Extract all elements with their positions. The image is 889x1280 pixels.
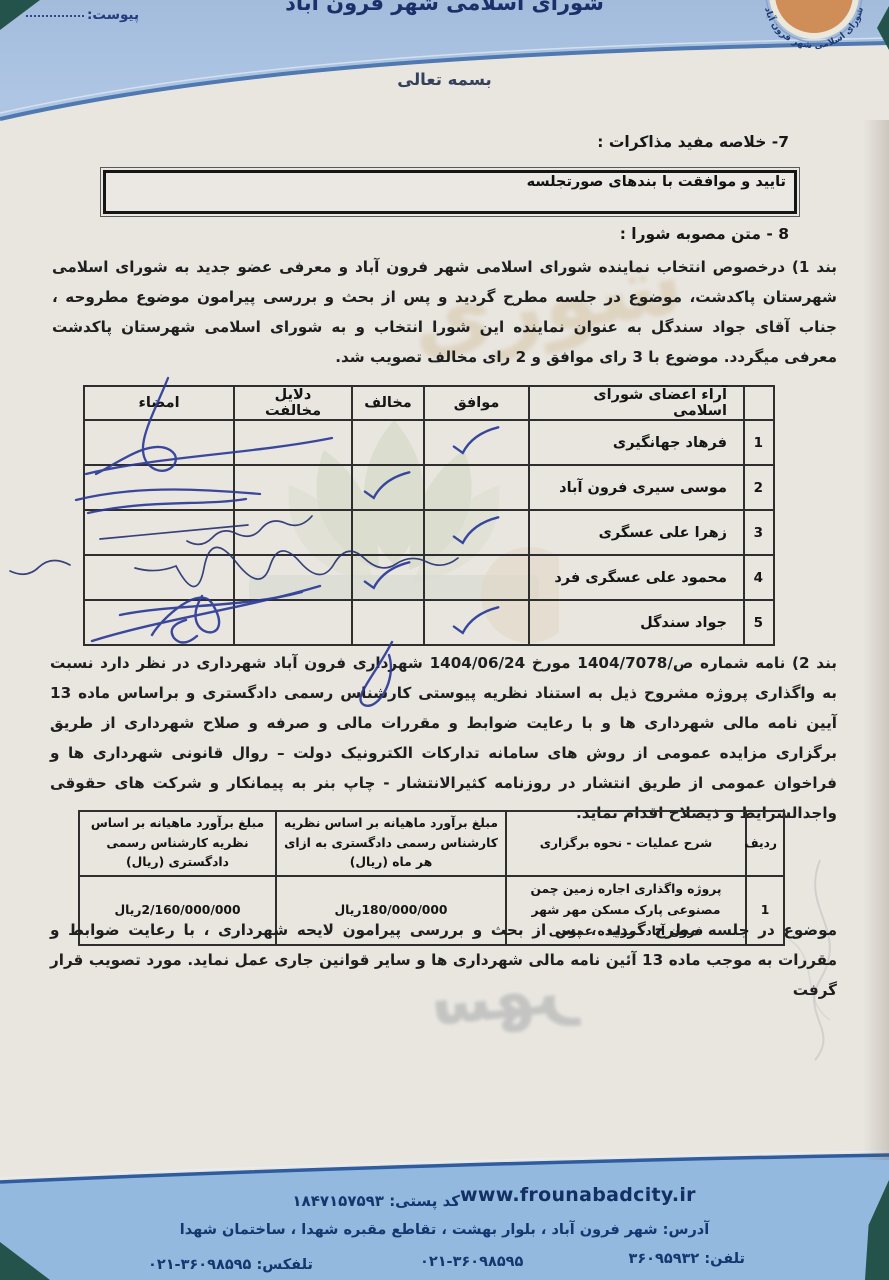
footer-fax: تلفکس: ۰۲۱-۳۶۰۹۸۵۹۵ bbox=[148, 1257, 313, 1273]
signature-cell bbox=[84, 555, 234, 600]
disagree-cell bbox=[352, 510, 424, 555]
disagree-cell bbox=[352, 600, 424, 645]
postal-code: ۱۸۴۷۱۵۷۵۹۳ bbox=[292, 1192, 384, 1210]
vote-header-reasons: دلایل مخالفت bbox=[234, 386, 352, 420]
reason-cell bbox=[234, 465, 352, 510]
vote-header-agree: موافق bbox=[424, 386, 529, 420]
reason-cell bbox=[234, 555, 352, 600]
row-number: 1 bbox=[744, 420, 774, 465]
closing-paragraph: موضوع در جلسه مطرح گردید ، پس از بحث و ب… bbox=[50, 915, 837, 1005]
phone-number-1: ۳۶۰۹۵۹۳۲ bbox=[628, 1251, 699, 1267]
agree-cell bbox=[424, 600, 529, 645]
agree-cell bbox=[424, 465, 529, 510]
row-number: 5 bbox=[744, 600, 774, 645]
section8-heading: 8 - متن مصوبه شورا : bbox=[620, 225, 789, 243]
footer-postal: کد پستی: ۱۸۴۷۱۵۷۵۹۳ bbox=[170, 1192, 460, 1210]
vote-header-members: آراء اعضای شورای اسلامی bbox=[529, 386, 744, 420]
signature-cell bbox=[84, 510, 234, 555]
basmala-text: بسمه تعالی bbox=[0, 70, 889, 89]
checkmark-icon bbox=[357, 557, 418, 595]
vote-header-number bbox=[744, 386, 774, 420]
agree-cell bbox=[424, 420, 529, 465]
handwritten-note bbox=[10, 560, 70, 574]
phone-label: تلفن: bbox=[704, 1251, 745, 1267]
checkmark-icon bbox=[357, 467, 418, 505]
tender-header-row: ردیف bbox=[746, 811, 784, 876]
disagree-cell bbox=[352, 465, 424, 510]
section7-heading: 7- خلاصه مفید مذاکرات : bbox=[597, 133, 789, 151]
tender-header-monthly: مبلغ برآورد ماهیانه بر اساس نظریه کارشنا… bbox=[276, 811, 506, 876]
phone-number-2: ۰۲۱-۳۶۰۹۸۵۹۵ bbox=[420, 1254, 523, 1270]
tender-table-header-row: ردیف شرح عملیات - نحوه برگزاری مبلغ برآو… bbox=[79, 811, 784, 876]
table-row: 1 فرهاد جهانگیری bbox=[84, 420, 774, 465]
row-number: 4 bbox=[744, 555, 774, 600]
tender-header-total: مبلغ برآورد ماهیانه بر اساس نظریه کارشنا… bbox=[79, 811, 276, 876]
clause2-label: بند 2) bbox=[792, 654, 837, 672]
seal-icon: شورای اسلامی شهر فرون آباد bbox=[755, 0, 875, 50]
scanned-council-minutes-page: شورای اسلامی شهر فرون آباد پیوست: شورای … bbox=[0, 0, 889, 1280]
row-number: 3 bbox=[744, 510, 774, 555]
table-row: 3 زهرا علی عسگری bbox=[84, 510, 774, 555]
attachment-dotted-line bbox=[26, 15, 84, 17]
attachment-label: پیوست: bbox=[87, 7, 139, 23]
summary-box-text: تایید و موافقت با بندهای صورتجلسه bbox=[103, 170, 797, 214]
disagree-cell bbox=[352, 420, 424, 465]
clause1-label: بند 1) bbox=[792, 258, 837, 276]
clause1-paragraph: بند 1) درخصوص انتخاب نماینده شورای اسلام… bbox=[52, 252, 837, 372]
tender-header-description: شرح عملیات - نحوه برگزاری bbox=[506, 811, 746, 876]
reason-cell bbox=[234, 510, 352, 555]
paper-edge-shadow bbox=[863, 120, 889, 1160]
signature-cell bbox=[84, 465, 234, 510]
footer-address: آدرس: شهر فرون آباد ، بلوار بهشت ، تقاطع… bbox=[90, 1222, 799, 1238]
table-row: 4 محمود علی عسگری فرد bbox=[84, 555, 774, 600]
reason-cell bbox=[234, 420, 352, 465]
signature-cell bbox=[84, 420, 234, 465]
fax-label: تلفکس: bbox=[256, 1257, 313, 1273]
table-row: 5 جواد سندگل bbox=[84, 600, 774, 645]
member-name: جواد سندگل bbox=[529, 600, 744, 645]
attachment-field: پیوست: bbox=[26, 7, 139, 23]
vote-table: آراء اعضای شورای اسلامی موافق مخالف دلای… bbox=[83, 385, 775, 646]
clause1-text: درخصوص انتخاب نماینده شورای اسلامی شهر ف… bbox=[52, 258, 837, 366]
summary-box: تایید و موافقت با بندهای صورتجلسه bbox=[100, 167, 800, 217]
vote-header-signature: امضاء bbox=[84, 386, 234, 420]
member-name: زهرا علی عسگری bbox=[529, 510, 744, 555]
member-name: فرهاد جهانگیری bbox=[529, 420, 744, 465]
vote-header-disagree: مخالف bbox=[352, 386, 424, 420]
postal-label: کد پستی: bbox=[389, 1192, 460, 1210]
checkmark-icon bbox=[446, 422, 507, 460]
clause2-text: نامه شماره ص/1404/7078 مورخ 1404/06/24 ش… bbox=[50, 654, 837, 822]
clause2-paragraph: بند 2) نامه شماره ص/1404/7078 مورخ 1404/… bbox=[50, 648, 837, 828]
vote-table-header-row: آراء اعضای شورای اسلامی موافق مخالف دلای… bbox=[84, 386, 774, 420]
row-number: 2 bbox=[744, 465, 774, 510]
signature-cell bbox=[84, 600, 234, 645]
disagree-cell bbox=[352, 555, 424, 600]
council-seal-logo: شورای اسلامی شهر فرون آباد bbox=[755, 0, 875, 54]
fax-number: ۰۲۱-۳۶۰۹۸۵۹۵ bbox=[148, 1257, 251, 1273]
footer-phone: تلفن: ۳۶۰۹۵۹۳۲ bbox=[628, 1251, 745, 1267]
agree-cell bbox=[424, 510, 529, 555]
reason-cell bbox=[234, 600, 352, 645]
table-row: 2 موسی سیری فرون آباد bbox=[84, 465, 774, 510]
agree-cell bbox=[424, 555, 529, 600]
footer-website: www.frounabadcity.ir bbox=[460, 1184, 696, 1206]
member-name: موسی سیری فرون آباد bbox=[529, 465, 744, 510]
checkmark-icon bbox=[446, 512, 507, 550]
footer-phone-2: ۰۲۱-۳۶۰۹۸۵۹۵ bbox=[420, 1254, 523, 1270]
member-name: محمود علی عسگری فرد bbox=[529, 555, 744, 600]
checkmark-icon bbox=[446, 602, 507, 640]
